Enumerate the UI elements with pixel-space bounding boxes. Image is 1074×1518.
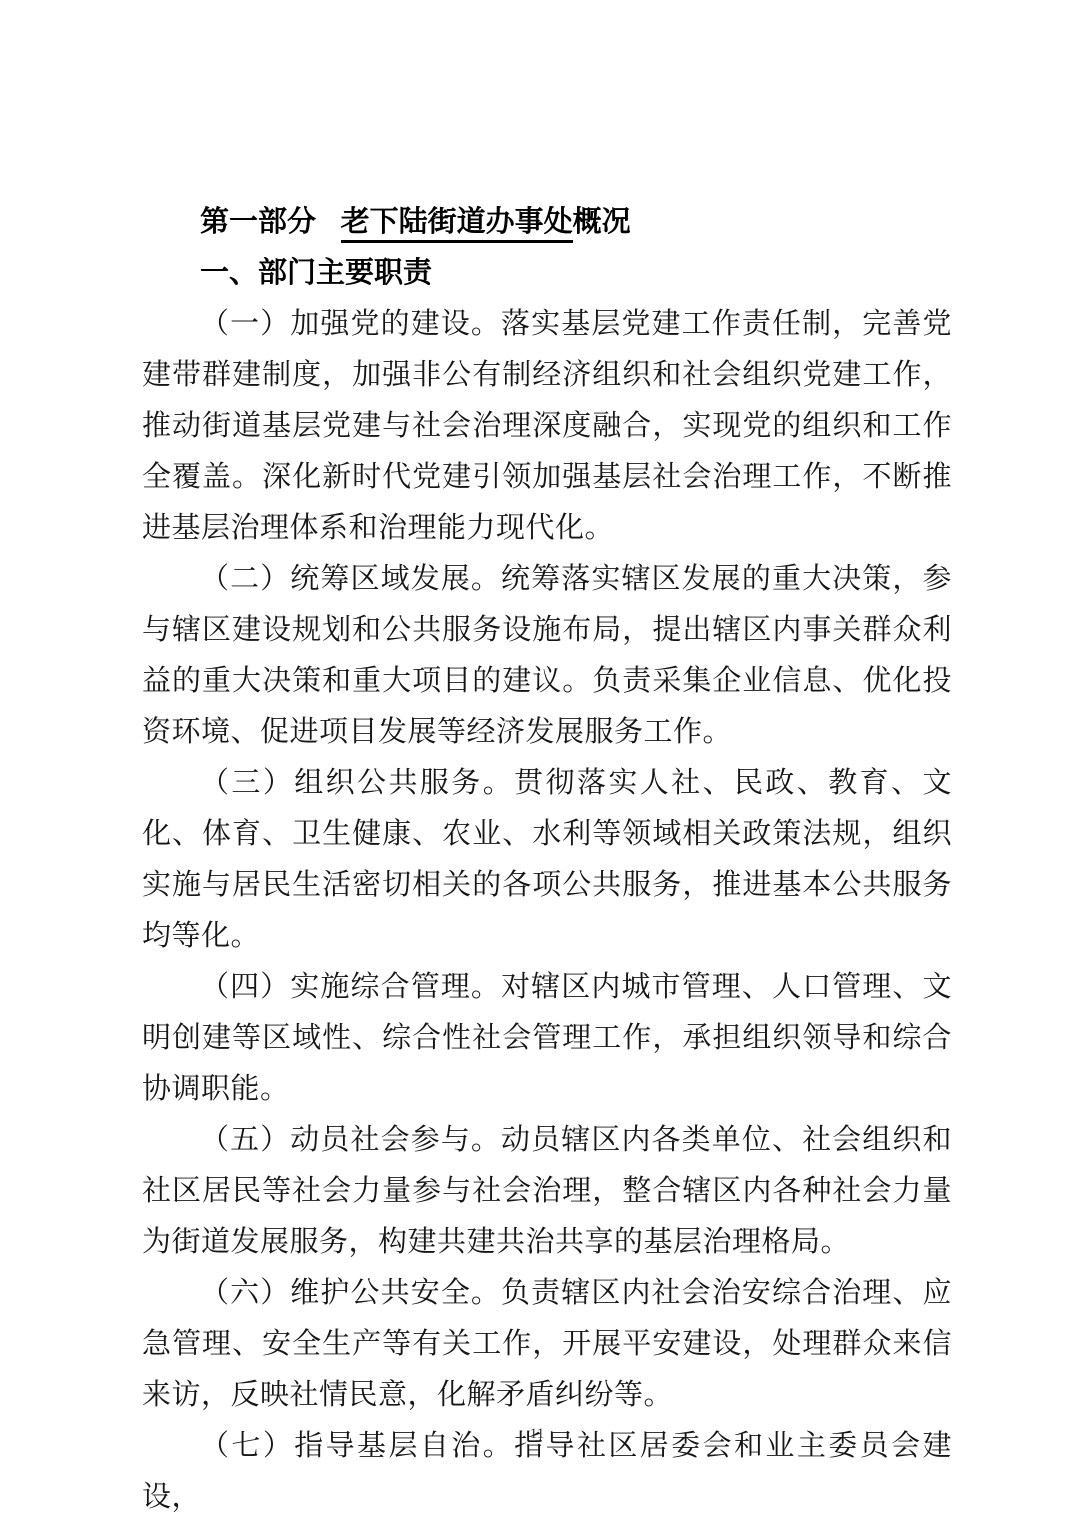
paragraph-duty-3: （三）组织公共服务。贯彻落实人社、民政、教育、文化、体育、卫生健康、农业、水利等… <box>142 758 952 962</box>
paragraph-duty-1: （一）加强党的建设。落实基层党建工作责任制，完善党建带群建制度，加强非公有制经济… <box>142 299 952 554</box>
title-part-label: 第一部分 <box>200 206 316 238</box>
title-suffix: 概况 <box>573 206 631 238</box>
paragraph-duty-5: （五）动员社会参与。动员辖区内各类单位、社会组织和社区居民等社会力量参与社会治理… <box>142 1115 952 1268</box>
section-heading: 一、部门主要职责 <box>142 248 952 299</box>
document-title: 第一部分老下陆街道办事处概况 <box>142 197 952 248</box>
paragraph-duty-4: （四）实施综合管理。对辖区内城市管理、人口管理、文明创建等区域性、综合性社会管理… <box>142 962 952 1115</box>
paragraph-duty-2: （二）统筹区域发展。统筹落实辖区发展的重大决策，参与辖区建设规划和公共服务设施布… <box>142 554 952 758</box>
paragraph-duty-6: （六）维护公共安全。负责辖区内社会治安综合治理、应急管理、安全生产等有关工作，开… <box>142 1268 952 1421</box>
page-number: 11 <box>0 1424 1074 1444</box>
title-underlined-text: 老下陆街道办事处 <box>341 206 573 243</box>
document-page: 第一部分老下陆街道办事处概况 一、部门主要职责 （一）加强党的建设。落实基层党建… <box>0 0 1074 1518</box>
